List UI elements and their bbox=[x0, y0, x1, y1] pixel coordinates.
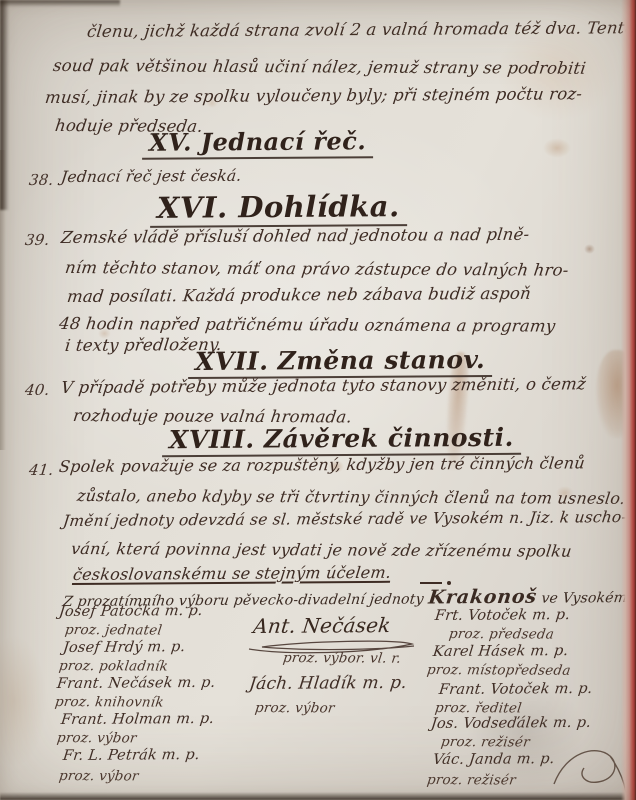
handwriting-line: ním těchto stanov, máť ona právo zástupc… bbox=[64, 258, 570, 280]
signature-role: proz. pokladník bbox=[58, 658, 169, 675]
signature-name: Frant. Holman m. p. bbox=[60, 711, 215, 728]
signature-name: Fr. L. Petrák m. p. bbox=[62, 747, 201, 764]
signature-role: proz. režisér bbox=[440, 734, 531, 750]
stain bbox=[584, 244, 595, 254]
section-heading-xvi: XVI. Dohlídka. bbox=[150, 189, 407, 228]
signature-role: proz. režisér bbox=[426, 772, 517, 788]
item-number-40: 40. bbox=[24, 381, 51, 399]
page-gutter-shadow bbox=[0, 150, 6, 450]
item-number-38: 38. bbox=[28, 171, 55, 189]
section-heading-xviii: XVIII. Závěrek činnosti. bbox=[162, 423, 521, 458]
signature-name: Frt. Votoček m. p. bbox=[434, 607, 571, 624]
handwriting-line: členu, jichž každá strana zvolí 2 a valn… bbox=[86, 18, 636, 41]
handwriting-line: Jmění jednoty odevzdá se sl. městské rad… bbox=[62, 508, 628, 530]
section-heading-xvii: XVII. Změna stanov. bbox=[188, 345, 492, 379]
signature-name: Ant. Nečásek bbox=[252, 613, 392, 638]
section-heading-xv: XV. Jednací řeč. bbox=[142, 126, 373, 160]
handwriting-line: vání, která povinna jest vydati je nově … bbox=[70, 539, 573, 561]
signature-name: Vác. Janda m. p. bbox=[432, 751, 555, 768]
paraph-flourish bbox=[548, 742, 630, 796]
signature-name: Karel Hásek m. p. bbox=[432, 643, 569, 660]
stain bbox=[0, 636, 46, 766]
society-name: Krakonoš bbox=[427, 586, 538, 609]
signature-role: proz. výbor. vl. r. bbox=[282, 650, 402, 667]
signature-role: proz. výbor bbox=[56, 730, 138, 746]
handwriting-line: soud pak většinou hlasů učiní nález, jem… bbox=[52, 56, 587, 78]
signature-name: Jách. Hladík m. p. bbox=[248, 673, 408, 694]
book-red-edge bbox=[621, 0, 636, 800]
item-number-39: 39. bbox=[24, 231, 51, 249]
signature-role: proz. výbor bbox=[254, 700, 336, 716]
handwriting-line: Zemské vládě přísluší dohled nad jednoto… bbox=[60, 225, 530, 247]
manuscript-page-photo: členu, jichž každá strana zvolí 2 a valn… bbox=[0, 0, 636, 800]
handwriting-line: 48 hodin napřed patřičnému úřadu oznámen… bbox=[58, 314, 557, 336]
signature-name: Jos. Vodseďálek m. p. bbox=[430, 715, 592, 732]
signature-role: proz. místopředseda bbox=[426, 662, 572, 679]
handwriting-line: Jednací řeč jest česká. bbox=[60, 167, 243, 186]
signature-name: Josef Hrdý m. p. bbox=[62, 639, 186, 656]
signature-name: Frant. Votoček m. p. bbox=[438, 681, 593, 698]
page-edge-shadow bbox=[0, 0, 120, 7]
signature-role: proz. ředitel bbox=[434, 700, 523, 716]
signature-role: proz. výbor bbox=[58, 768, 140, 784]
handwriting-line: Spolek považuje se za rozpuštěný, kdyžby… bbox=[58, 453, 586, 476]
stain bbox=[543, 138, 571, 158]
handwriting-line: českoslovanskému se stejným účelem. bbox=[72, 563, 392, 584]
signature-role: proz. předseda bbox=[448, 626, 555, 643]
signature-role: proz. knihovník bbox=[54, 694, 165, 711]
page-edge-shadow bbox=[0, 792, 636, 800]
handwriting-line: mad posílati. Každá produkce neb zábava … bbox=[66, 284, 532, 306]
item-number-41: 41. bbox=[28, 461, 55, 479]
handwriting-line: V případě potřeby může jednota tyto stan… bbox=[60, 374, 587, 397]
signature-role: proz. jednatel bbox=[64, 622, 163, 639]
signature-name: Josef Patočka m. p. bbox=[58, 603, 204, 620]
dash-dot-flourish bbox=[420, 581, 454, 585]
signature-name: Frant. Nečásek m. p. bbox=[56, 675, 216, 692]
handwriting-line: musí, jinak by ze spolku vyloučeny byly;… bbox=[44, 84, 583, 107]
handwriting-line: zůstalo, anebo kdyby se tři čtvrtiny čin… bbox=[76, 486, 626, 508]
